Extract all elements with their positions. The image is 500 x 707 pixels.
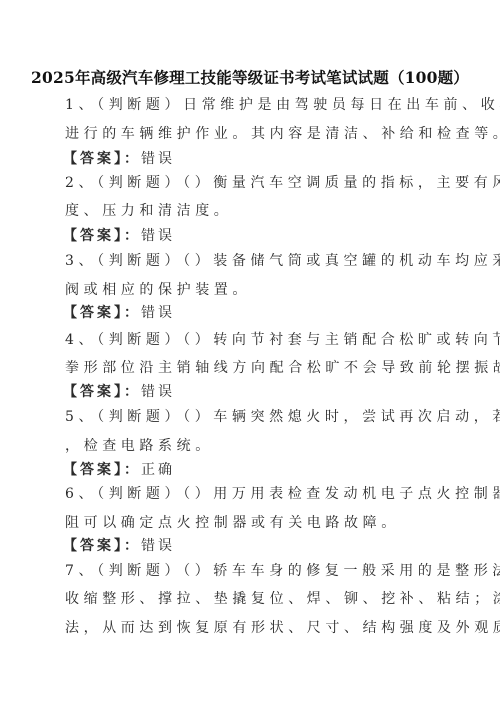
answer-value: 错误 <box>141 538 175 554</box>
answer-line: 【答案】：错误 <box>63 150 175 168</box>
question-text-line: 1、（判断题）日常维护是由驾驶员每日在出车前、收车后负责 <box>65 96 437 114</box>
question-text-line: ，检查电路系统。 <box>65 437 437 455</box>
answer-value: 正确 <box>141 462 175 478</box>
answer-line: 【答案】：错误 <box>63 537 175 555</box>
question-text-line: 阻可以确定点火控制器或有关电路故障。 <box>65 514 437 532</box>
question-text-line: 7、（判断题）（）轿车车身的修复一般采用的是整形法，通过 <box>65 562 437 580</box>
question-text-line: 5、（判断题）（）车辆突然熄火时，尝试再次启动，若不成功 <box>65 408 437 426</box>
question-text-line: 4、（判断题）（）转向节衬套与主销配合松旷或转向节与前梁 <box>65 331 437 349</box>
answer-value: 错误 <box>141 228 175 244</box>
answer-line: 【答案】：正确 <box>63 461 175 479</box>
question-text-line: 进行的车辆维护作业。其内容是清洁、补给和检查等。 <box>65 125 437 143</box>
question-text-line: 收缩整形、撑拉、垫撬复位、焊、铆、挖补、粘结；涂装等方 <box>65 590 437 608</box>
question-text-line: 3、（判断题）（）装备储气筒或真空罐的机动车均应采用双向 <box>65 252 437 270</box>
answer-line: 【答案】：错误 <box>63 304 175 322</box>
answer-label: 【答案】： <box>63 384 141 400</box>
question-text-line: 2、（判断题）（）衡量汽车空调质量的指标，主要有风量、温 <box>65 174 437 192</box>
answer-value: 错误 <box>141 384 175 400</box>
answer-line: 【答案】：错误 <box>63 227 175 245</box>
answer-value: 错误 <box>141 151 175 167</box>
question-text-line: 法，从而达到恢复原有形状、尺寸、结构强度及外观质量的目 <box>65 619 437 637</box>
question-text-line: 拳形部位沿主销轴线方向配合松旷不会导致前轮摆振故障。 <box>65 359 437 377</box>
answer-value: 错误 <box>141 305 175 321</box>
document-title: 2025年高级汽车修理工技能等级证书考试笔试试题（100题） <box>0 68 500 88</box>
answer-line: 【答案】：错误 <box>63 383 175 401</box>
question-text-line: 度、压力和清洁度。 <box>65 202 437 220</box>
question-text-line: 6、（判断题）（）用万用表检查发动机电子点火控制器端子电 <box>65 485 437 503</box>
answer-label: 【答案】： <box>63 462 141 478</box>
answer-label: 【答案】： <box>63 228 141 244</box>
question-text-line: 阀或相应的保护装置。 <box>65 281 437 299</box>
answer-label: 【答案】： <box>63 538 141 554</box>
answer-label: 【答案】： <box>63 151 141 167</box>
answer-label: 【答案】： <box>63 305 141 321</box>
